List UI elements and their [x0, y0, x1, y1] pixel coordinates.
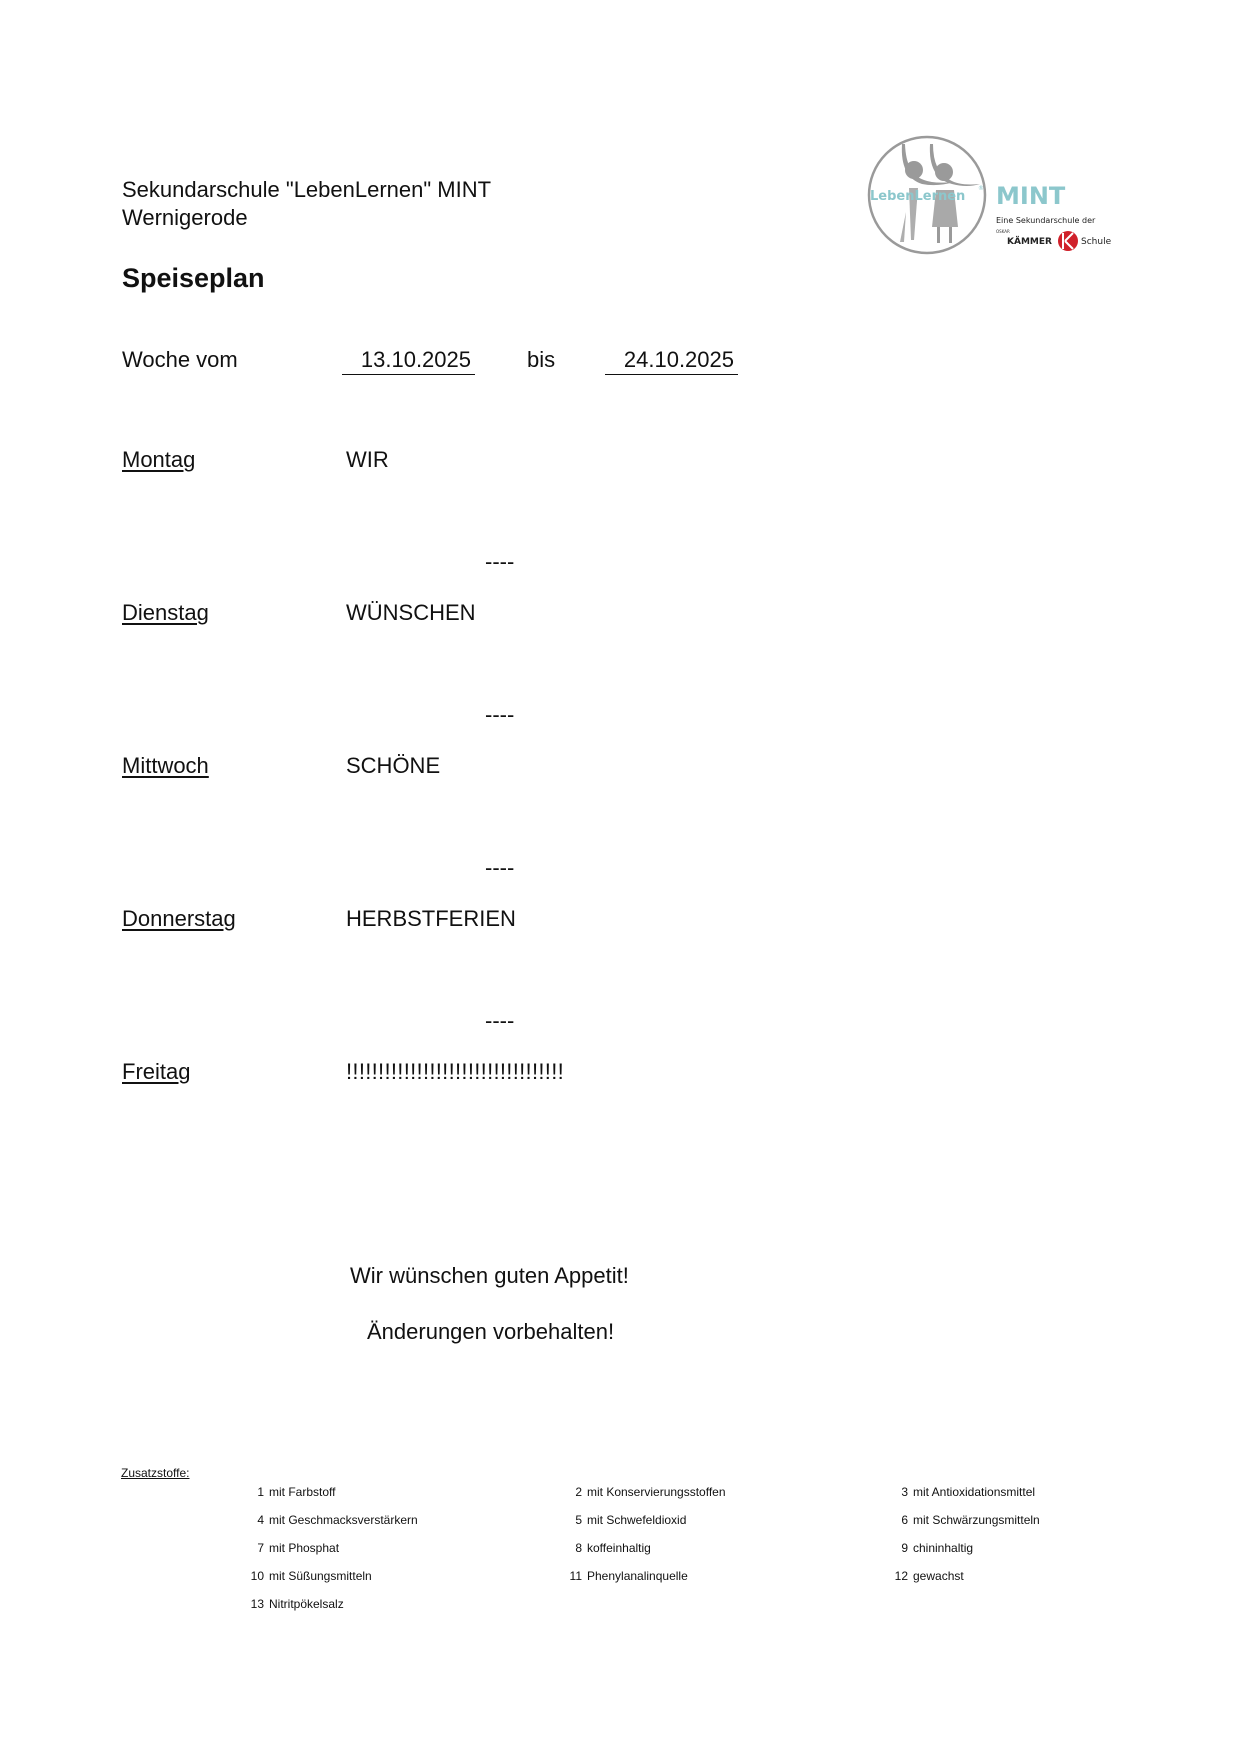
additive-number: 12 [880, 1568, 908, 1584]
separator: ---- [485, 548, 514, 576]
meal-donnerstag: HERBSTFERIEN [346, 905, 516, 933]
additive-text: mit Schwärzungsmitteln [913, 1513, 1040, 1527]
additive-number: 6 [880, 1512, 908, 1528]
additive-text: Phenylanalinquelle [587, 1569, 688, 1583]
additive-text: mit Geschmacksverstärkern [269, 1513, 418, 1527]
additive-number: 11 [554, 1568, 582, 1584]
day-label-freitag: Freitag [122, 1058, 190, 1086]
additive-item: 8koffeinhaltig [554, 1540, 651, 1556]
logo-partner-prefix: OSKAR [996, 229, 1010, 234]
day-label-montag: Montag [122, 446, 195, 474]
additive-number: 4 [236, 1512, 264, 1528]
separator: ---- [485, 854, 514, 882]
week-to-label: bis [527, 346, 555, 374]
additive-item: 13Nitritpökelsalz [236, 1596, 344, 1612]
school-logo: LebenLernen ® MINT Eine Sekundarschule d… [862, 132, 1132, 262]
additives-heading: Zusatzstoffe: [121, 1466, 189, 1480]
additive-text: koffeinhaltig [587, 1541, 651, 1555]
additive-number: 1 [236, 1484, 264, 1500]
additive-text: mit Schwefeldioxid [587, 1513, 686, 1527]
additive-text: mit Farbstoff [269, 1485, 335, 1499]
additive-item: 6mit Schwärzungsmitteln [880, 1512, 1040, 1528]
additive-text: mit Süßungsmitteln [269, 1569, 372, 1583]
closing-changes-note: Änderungen vorbehalten! [367, 1318, 614, 1346]
additive-number: 2 [554, 1484, 582, 1500]
registered-mark: ® [978, 185, 984, 192]
additive-text: mit Konservierungsstoffen [587, 1485, 726, 1499]
kaemmer-logo-icon [1058, 231, 1078, 251]
week-from-field[interactable]: 13.10.2025 [342, 346, 475, 375]
meal-montag: WIR [346, 446, 389, 474]
additive-number: 8 [554, 1540, 582, 1556]
additive-number: 5 [554, 1512, 582, 1528]
additive-text: chininhaltig [913, 1541, 973, 1555]
additive-item: 3mit Antioxidationsmittel [880, 1484, 1035, 1500]
additive-number: 3 [880, 1484, 908, 1500]
meal-dienstag: WÜNSCHEN [346, 599, 476, 627]
additive-number: 7 [236, 1540, 264, 1556]
logo-partner-suffix: Schule [1081, 237, 1112, 247]
logo-partner-name: KÄMMER [1007, 236, 1052, 247]
school-city: Wernigerode [122, 204, 248, 232]
additive-item: 2mit Konservierungsstoffen [554, 1484, 726, 1500]
additive-number: 10 [236, 1568, 264, 1584]
additive-text: mit Antioxidationsmittel [913, 1485, 1035, 1499]
logo-brand: MINT [996, 182, 1066, 210]
additive-number: 9 [880, 1540, 908, 1556]
meal-mittwoch: SCHÖNE [346, 752, 440, 780]
additive-item: 7mit Phosphat [236, 1540, 339, 1556]
additive-text: Nitritpökelsalz [269, 1597, 344, 1611]
additive-item: 1mit Farbstoff [236, 1484, 335, 1500]
day-label-donnerstag: Donnerstag [122, 905, 236, 933]
closing-appetit: Wir wünschen guten Appetit! [350, 1262, 629, 1290]
additive-text: gewachst [913, 1569, 964, 1583]
additive-item: 4mit Geschmacksverstärkern [236, 1512, 418, 1528]
additive-item: 9chininhaltig [880, 1540, 973, 1556]
day-label-dienstag: Dienstag [122, 599, 209, 627]
meal-freitag: !!!!!!!!!!!!!!!!!!!!!!!!!!!!!!!!!! [346, 1058, 564, 1086]
additive-item: 11Phenylanalinquelle [554, 1568, 688, 1584]
separator: ---- [485, 701, 514, 729]
logo-subtitle: Eine Sekundarschule der [996, 216, 1096, 225]
additive-item: 12gewachst [880, 1568, 964, 1584]
logo-circle-text: LebenLernen [870, 189, 965, 204]
separator: ---- [485, 1007, 514, 1035]
additive-number: 13 [236, 1596, 264, 1612]
week-to-field[interactable]: 24.10.2025 [605, 346, 738, 375]
school-name: Sekundarschule "LebenLernen" MINT [122, 176, 491, 204]
additive-item: 5mit Schwefeldioxid [554, 1512, 686, 1528]
page-title: Speiseplan [122, 261, 265, 295]
additive-text: mit Phosphat [269, 1541, 339, 1555]
additive-item: 10mit Süßungsmitteln [236, 1568, 372, 1584]
day-label-mittwoch: Mittwoch [122, 752, 209, 780]
week-label: Woche vom [122, 346, 238, 374]
